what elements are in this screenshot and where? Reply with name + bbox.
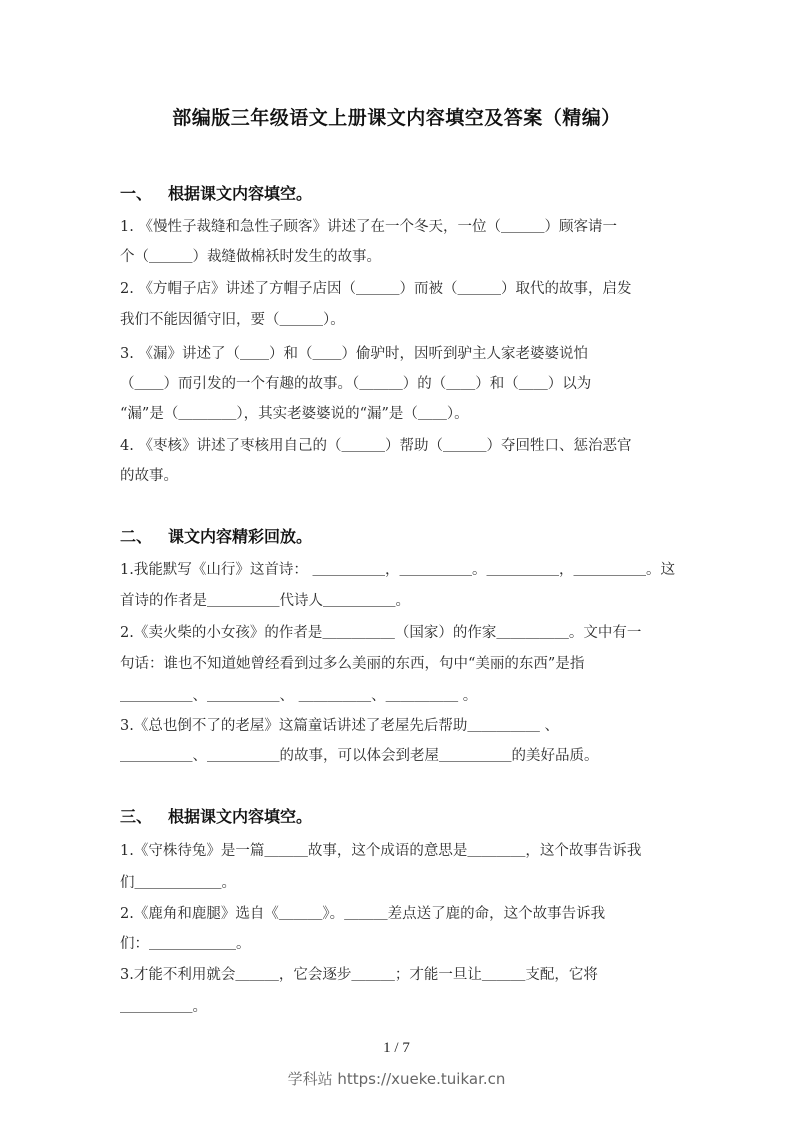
question-line: 们＿＿＿＿＿＿。 bbox=[120, 873, 680, 893]
section-title: 根据课文内容填空。 bbox=[168, 184, 312, 203]
question-line: ＿＿＿＿＿。 bbox=[120, 997, 680, 1017]
section-heading-2: 二、课文内容精彩回放。 bbox=[120, 524, 312, 547]
footer-watermark: 学科站 https://xueke.tuikar.cn bbox=[0, 1068, 793, 1089]
question-line: 4. 《枣核》讲述了枣核用自己的（＿＿＿）帮助（＿＿＿）夺回牲口、惩治恶官 bbox=[120, 436, 680, 456]
question-line: 句话：谁也不知道她曾经看到过多么美丽的东西，句中“美丽的东西”是指 bbox=[120, 654, 680, 674]
section-heading-1: 一、根据课文内容填空。 bbox=[120, 181, 312, 204]
section-number: 一、 bbox=[120, 181, 168, 204]
question-line: 3. 《漏》讲述了（＿＿）和（＿＿）偷驴时，因听到驴主人家老婆婆说怕 bbox=[120, 344, 680, 364]
section-title: 课文内容精彩回放。 bbox=[168, 527, 312, 546]
question-line: 3.《总也倒不了的老屋》这篇童话讲述了老屋先后帮助＿＿＿＿＿ 、 bbox=[120, 716, 680, 736]
question-line: 个（＿＿＿）裁缝做棉袄时发生的故事。 bbox=[120, 247, 680, 267]
section-number: 三、 bbox=[120, 804, 168, 827]
question-line: 1.我能默写《山行》这首诗： ＿＿＿＿＿，＿＿＿＿＿。＿＿＿＿＿，＿＿＿＿＿。这 bbox=[120, 560, 680, 580]
question-line: 3.才能不利用就会＿＿＿，它会逐步＿＿＿；才能一旦让＿＿＿支配，它将 bbox=[120, 965, 680, 985]
section-title: 根据课文内容填空。 bbox=[168, 807, 312, 826]
question-line: “漏”是（＿＿＿＿），其实老婆婆说的“漏”是（＿＿）。 bbox=[120, 404, 680, 424]
question-line: 的故事。 bbox=[120, 466, 680, 486]
question-line: 我们不能因循守旧，要（＿＿＿）。 bbox=[120, 310, 680, 330]
section-number: 二、 bbox=[120, 524, 168, 547]
question-line: 1. 《慢性子裁缝和急性子顾客》讲述了在一个冬天，一位（＿＿＿）顾客请一 bbox=[120, 217, 680, 237]
question-line: ＿＿＿＿＿、＿＿＿＿＿、 ＿＿＿＿＿、＿＿＿＿＿ 。 bbox=[120, 686, 680, 706]
question-line: 2.《卖火柴的小女孩》的作者是＿＿＿＿＿（国家）的作家＿＿＿＿＿。文中有一 bbox=[120, 623, 680, 643]
question-line: 2.《鹿角和鹿腿》选自《＿＿＿》。＿＿＿差点送了鹿的命，这个故事告诉我 bbox=[120, 904, 680, 924]
page-number: 1 / 7 bbox=[0, 1040, 793, 1057]
question-line: （＿＿）而引发的一个有趣的故事。（＿＿＿）的（＿＿）和（＿＿）以为 bbox=[120, 374, 680, 394]
document-title: 部编版三年级语文上册课文内容填空及答案（精编） bbox=[0, 103, 793, 130]
question-line: ＿＿＿＿＿、＿＿＿＿＿的故事，可以体会到老屋＿＿＿＿＿的美好品质。 bbox=[120, 746, 680, 766]
section-heading-3: 三、根据课文内容填空。 bbox=[120, 804, 312, 827]
question-line: 1.《守株待兔》是一篇＿＿＿故事，这个成语的意思是＿＿＿＿，这个故事告诉我 bbox=[120, 841, 680, 861]
question-line: 们：＿＿＿＿＿＿。 bbox=[120, 934, 680, 954]
question-line: 2. 《方帽子店》讲述了方帽子店因（＿＿＿）而被（＿＿＿）取代的故事，启发 bbox=[120, 279, 680, 299]
question-line: 首诗的作者是＿＿＿＿＿代诗人＿＿＿＿＿。 bbox=[120, 591, 680, 611]
